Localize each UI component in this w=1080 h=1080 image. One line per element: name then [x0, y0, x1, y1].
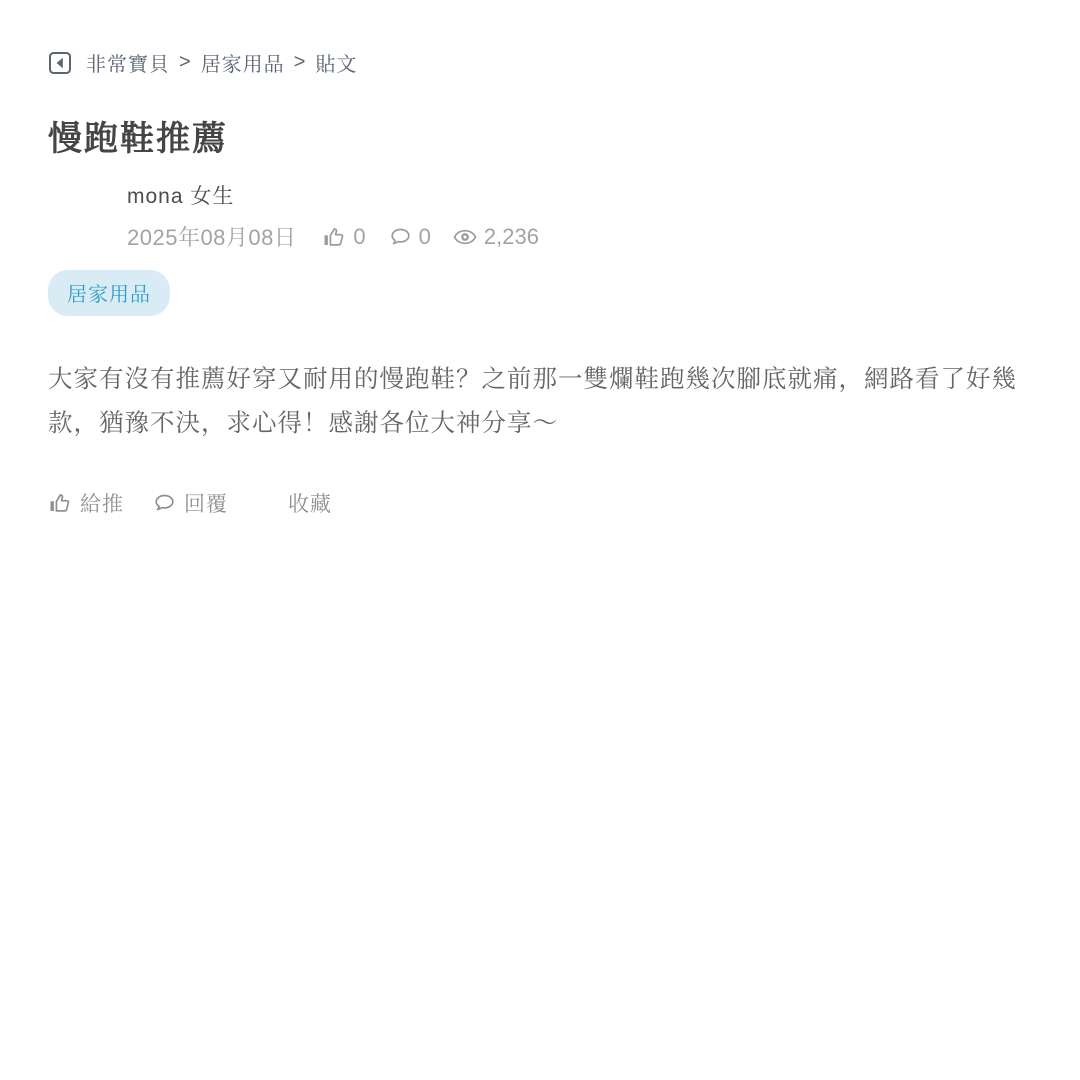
breadcrumb: 非常寶貝 > 居家用品 > 貼文: [48, 48, 1032, 77]
breadcrumb-separator: >: [179, 51, 192, 74]
back-button[interactable]: [48, 51, 72, 75]
post-body: 大家有沒有推薦好穿又耐用的慢跑鞋？之前那一雙爛鞋跑幾次腳底就痛，網路看了好幾款，…: [48, 358, 1032, 446]
tag-row: 居家用品: [48, 270, 1032, 316]
like-count: 0: [353, 224, 365, 250]
view-count: 2,236: [484, 224, 539, 250]
post-date: 2025年08月08日: [127, 221, 296, 252]
comment-count-stat: 0: [388, 224, 431, 250]
eye-icon: [453, 225, 477, 249]
bookmark-button-label: 收藏: [288, 488, 332, 518]
thumbs-up-icon: [322, 225, 346, 249]
author-name: mona 女生: [127, 180, 561, 210]
back-icon: [48, 51, 72, 75]
post-page: 非常寶貝 > 居家用品 > 貼文 慢跑鞋推薦 mona 女生 2025年08月0…: [0, 0, 1080, 1080]
like-button[interactable]: 給推: [48, 488, 124, 518]
page-title: 慢跑鞋推薦: [48, 111, 1032, 160]
speech-bubble-icon: [152, 491, 176, 515]
category-tag[interactable]: 居家用品: [48, 270, 170, 316]
bookmark-button[interactable]: 收藏: [288, 488, 332, 518]
post-meta: 2025年08月08日 0: [127, 221, 561, 252]
actions-row: 給推 回覆 收藏: [48, 488, 1032, 518]
author-block: mona 女生 2025年08月08日 0: [48, 178, 1032, 252]
author-info: mona 女生 2025年08月08日 0: [127, 178, 561, 252]
breadcrumb-separator: >: [294, 51, 307, 74]
speech-bubble-icon: [388, 225, 412, 249]
like-count-stat: 0: [322, 224, 365, 250]
reply-button-label: 回覆: [184, 488, 228, 518]
thumbs-up-icon: [48, 491, 72, 515]
breadcrumb-item-board[interactable]: 非常寶貝: [86, 48, 170, 77]
avatar: [48, 178, 112, 242]
breadcrumb-item-post[interactable]: 貼文: [315, 48, 357, 77]
like-button-label: 給推: [80, 488, 124, 518]
breadcrumb-item-category[interactable]: 居家用品: [201, 48, 285, 77]
view-count-stat: 2,236: [453, 224, 539, 250]
reply-button[interactable]: 回覆: [152, 488, 228, 518]
comment-count: 0: [419, 224, 431, 250]
